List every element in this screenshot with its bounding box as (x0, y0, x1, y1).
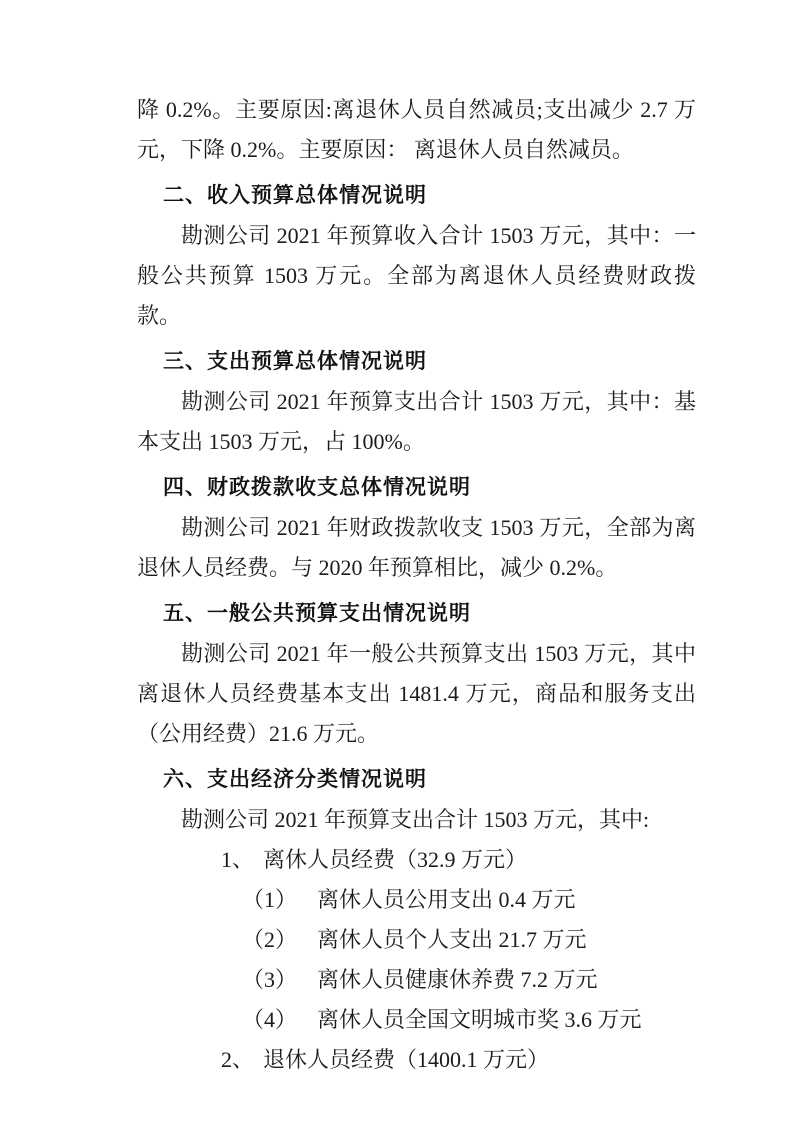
list-subitem-health-recuperation: （3）离休人员健康休养费 7.2 万元 (137, 960, 696, 1000)
paragraph-continuation: 降 0.2%。主要原因:离退休人员自然减员;支出减少 2.7 万元，下降 0.2… (137, 90, 696, 170)
section-paragraph-expenditure-budget: 勘测公司 2021 年预算支出合计 1503 万元，其中：基本支出 1503 万… (137, 382, 696, 462)
section-paragraph-income-budget: 勘测公司 2021 年预算收入合计 1503 万元，其中：一般公共预算 1503… (137, 216, 696, 336)
section-heading-general-public-budget: 五、一般公共预算支出情况说明 (137, 594, 696, 634)
list-item-retiree-funds: 2、退休人员经费（1400.1 万元） (137, 1040, 696, 1080)
list-subitem-text: 离休人员健康休养费 7.2 万元 (317, 967, 598, 992)
section-heading-expenditure-budget: 三、支出预算总体情况说明 (137, 342, 696, 382)
section-paragraph-general-public-budget: 勘测公司 2021 年一般公共预算支出 1503 万元，其中离退休人员经费基本支… (137, 634, 696, 754)
list-subitem-text: 离休人员全国文明城市奖 3.6 万元 (317, 1007, 642, 1032)
list-subitem-number: （1） (242, 887, 297, 912)
list-item-text: 离休人员经费（32.9 万元） (263, 847, 527, 872)
section-paragraph-fiscal-appropriation: 勘测公司 2021 年财政拨款收支 1503 万元，全部为离退休人员经费。与 2… (137, 508, 696, 588)
list-item-retired-cadre-funds: 1、离休人员经费（32.9 万元） (137, 840, 696, 880)
list-subitem-text: 离休人员公用支出 0.4 万元 (317, 887, 576, 912)
section-heading-economic-classification: 六、支出经济分类情况说明 (137, 760, 696, 800)
list-subitem-public-expense: （1）离休人员公用支出 0.4 万元 (137, 880, 696, 920)
list-subitem-personal-expense: （2）离休人员个人支出 21.7 万元 (137, 920, 696, 960)
list-subitem-number: （3） (242, 967, 297, 992)
section-paragraph-economic-classification: 勘测公司 2021 年预算支出合计 1503 万元，其中: (137, 800, 696, 840)
list-item-text: 退休人员经费（1400.1 万元） (263, 1047, 549, 1072)
document-content: 降 0.2%。主要原因:离退休人员自然减员;支出减少 2.7 万元，下降 0.2… (137, 90, 696, 1080)
list-subitem-number: （4） (242, 1007, 297, 1032)
section-heading-fiscal-appropriation: 四、财政拨款收支总体情况说明 (137, 468, 696, 508)
list-subitem-text: 离休人员个人支出 21.7 万元 (317, 927, 587, 952)
section-heading-income-budget: 二、收入预算总体情况说明 (137, 176, 696, 216)
list-subitem-civilized-city-award: （4）离休人员全国文明城市奖 3.6 万元 (137, 1000, 696, 1040)
document-page: 降 0.2%。主要原因:离退休人员自然减员;支出减少 2.7 万元，下降 0.2… (0, 0, 800, 1131)
list-item-number: 2、 (221, 1047, 254, 1072)
list-item-number: 1、 (221, 847, 254, 872)
list-subitem-number: （2） (242, 927, 297, 952)
